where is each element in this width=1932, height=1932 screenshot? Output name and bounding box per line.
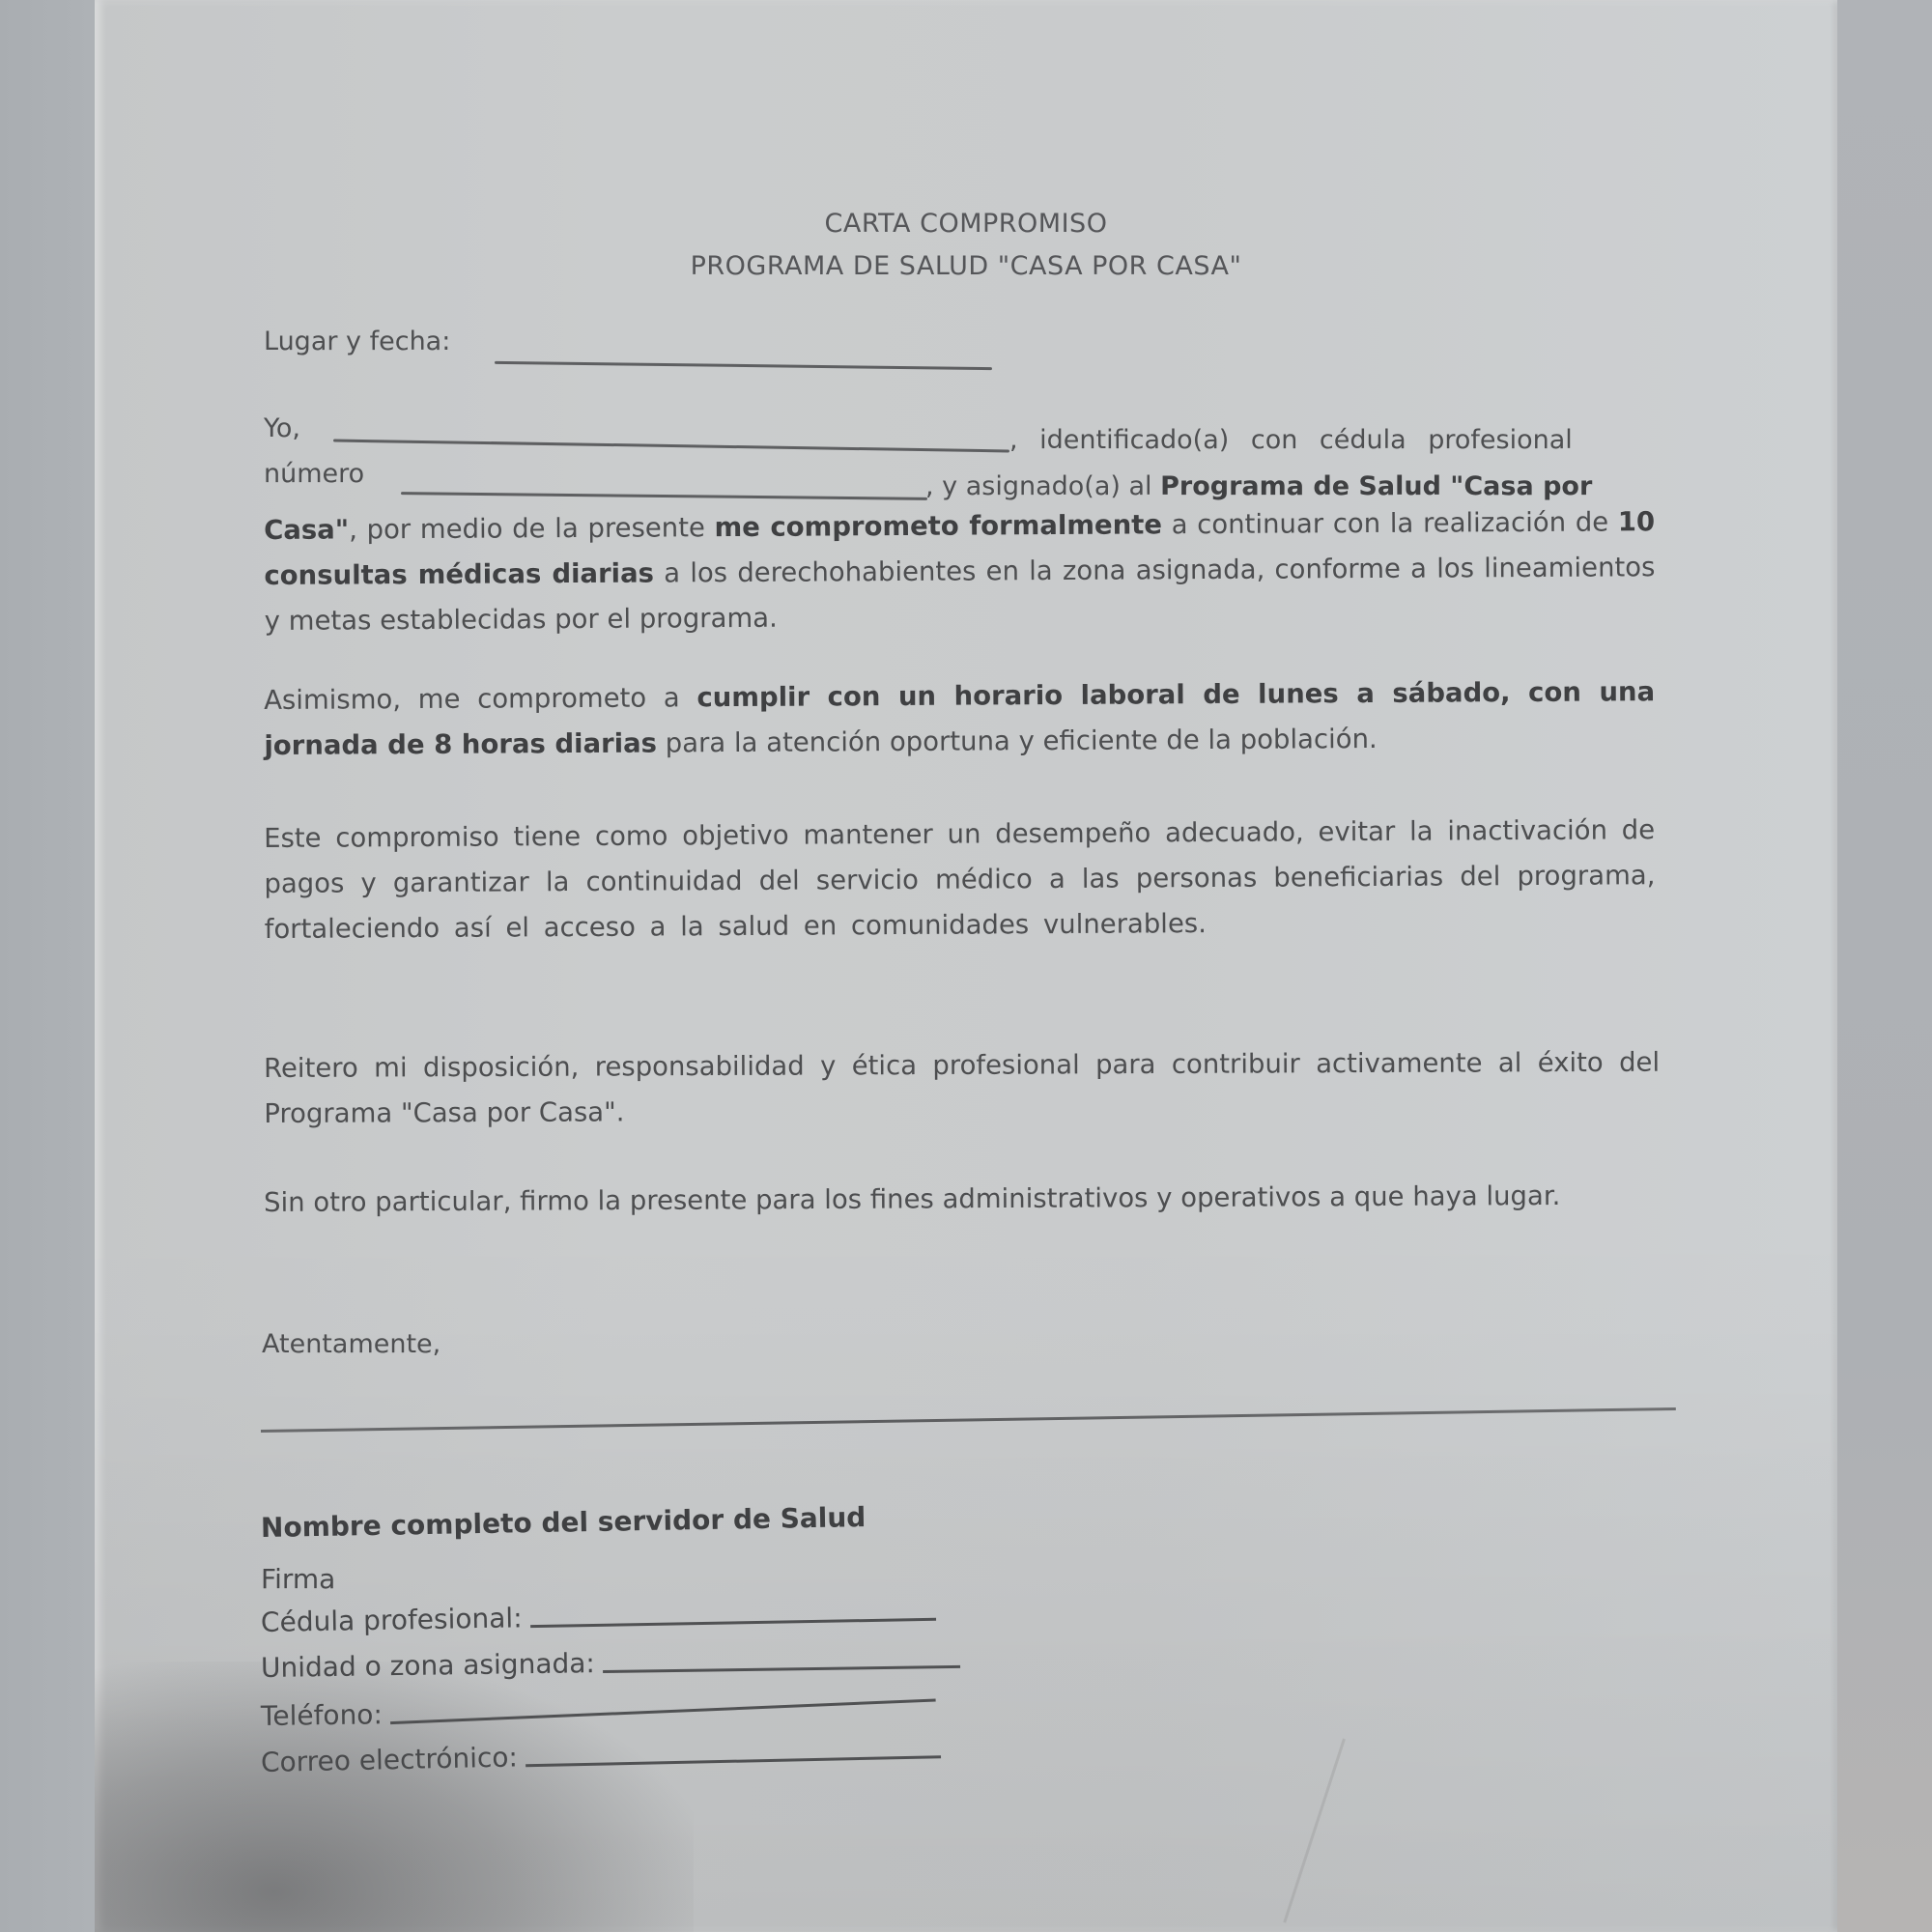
intro-program-bold: Programa de Salud "Casa por bbox=[1160, 471, 1592, 501]
field-phone[interactable]: Teléfono: bbox=[261, 1690, 936, 1732]
field-phone-blank[interactable] bbox=[390, 1698, 936, 1724]
intro-commit-bold: me comprometo formalmente bbox=[714, 509, 1162, 543]
intro-numero: número bbox=[264, 459, 364, 489]
intro-identified: , identificado(a) con cédula profesional bbox=[1009, 425, 1573, 455]
schedule-text-1: Asimismo, me comprometo a bbox=[264, 682, 696, 716]
license-number-blank[interactable] bbox=[401, 492, 927, 500]
intro-text-2: a continuar con la realización de bbox=[1162, 506, 1618, 540]
closing-paragraph: Sin otro particular, firmo la presente p… bbox=[264, 1173, 1662, 1226]
field-phone-label: Teléfono: bbox=[261, 1698, 383, 1732]
field-email-blank[interactable] bbox=[526, 1755, 941, 1767]
intro-program-bold-2: Casa" bbox=[264, 514, 349, 546]
field-zone-label: Unidad o zona asignada: bbox=[261, 1647, 595, 1684]
name-blank[interactable] bbox=[333, 440, 1009, 453]
field-email-label: Correo electrónico: bbox=[261, 1741, 519, 1778]
disposition-paragraph: Reitero mi disposición, responsabilidad … bbox=[264, 1040, 1660, 1137]
intro-yo: Yo, bbox=[264, 413, 300, 443]
schedule-paragraph: Asimismo, me comprometo a cumplir con un… bbox=[264, 669, 1656, 769]
intro-paragraph: Casa", por medio de la presente me compr… bbox=[264, 499, 1656, 644]
field-license-label: Cédula profesional: bbox=[261, 1602, 523, 1638]
objective-paragraph: Este compromiso tiene como objetivo mant… bbox=[264, 808, 1656, 952]
closing-salutation: Atentamente, bbox=[262, 1329, 440, 1359]
place-date-label: Lugar y fecha: bbox=[264, 327, 450, 356]
field-zone[interactable]: Unidad o zona asignada: bbox=[261, 1642, 960, 1684]
servant-name-label: Nombre completo del servidor de Salud bbox=[261, 1501, 867, 1544]
place-date-blank[interactable] bbox=[495, 361, 992, 370]
field-email[interactable]: Correo electrónico: bbox=[261, 1732, 942, 1778]
signature-line[interactable] bbox=[261, 1407, 1676, 1433]
field-license-blank[interactable] bbox=[530, 1618, 936, 1628]
signature-label: Firma bbox=[261, 1563, 335, 1595]
intro-assigned: , y asignado(a) al Programa de Salud "Ca… bbox=[925, 471, 1592, 501]
intro-text-1: , por medio de la presente bbox=[349, 512, 715, 545]
intro-assigned-text: , y asignado(a) al bbox=[925, 471, 1160, 501]
document-subtitle: PROGRAMA DE SALUD "CASA POR CASA" bbox=[0, 251, 1932, 281]
field-zone-blank[interactable] bbox=[603, 1665, 960, 1673]
document-title: CARTA COMPROMISO bbox=[0, 209, 1932, 239]
schedule-text-2: para la atención oportuna y eficiente de… bbox=[657, 724, 1378, 759]
letter-content: CARTA COMPROMISO PROGRAMA DE SALUD "CASA… bbox=[0, 0, 1932, 1932]
field-license[interactable]: Cédula profesional: bbox=[261, 1595, 936, 1638]
